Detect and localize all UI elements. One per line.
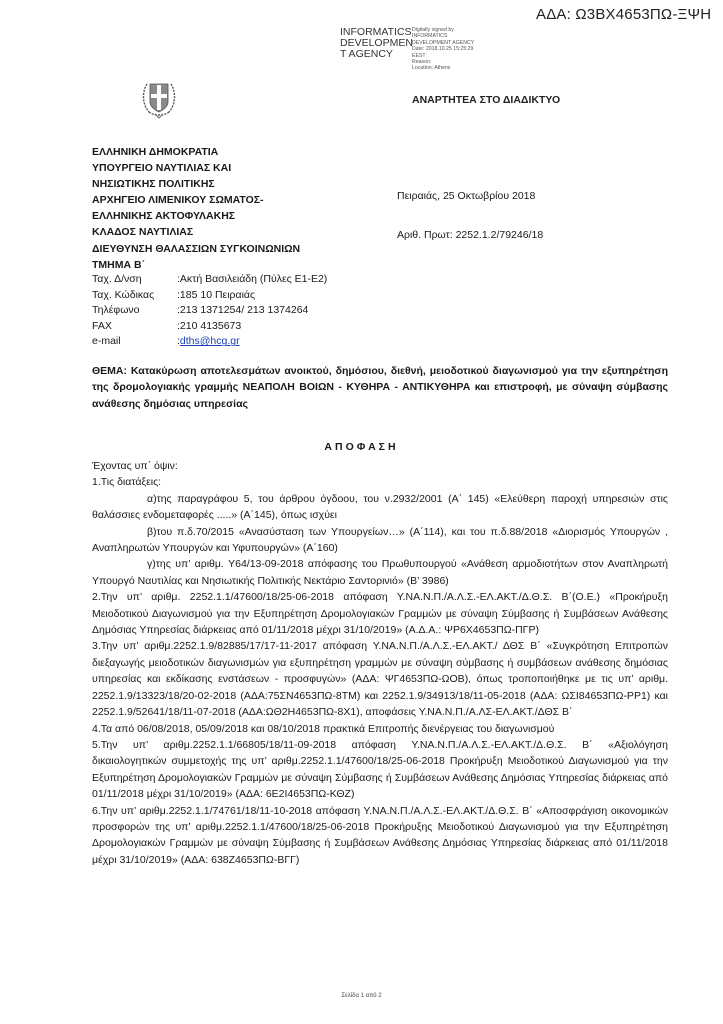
contact-value: :Ακτή Βασιλειάδη (Πύλες Ε1-Ε2)	[177, 272, 327, 288]
org-line: ΔΙΕΥΘΥΝΣΗ ΘΑΛΑΣΣΙΩΝ ΣΥΓΚΟΙΝΩΝΙΩΝ	[92, 241, 300, 257]
contact-row-postcode: Ταχ. Κώδικας :185 10 Πειραιάς	[92, 288, 327, 304]
org-line: ΕΛΛΗΝΙΚΗΣ ΑΚΤΟΦΥΛΑΚΗΣ	[92, 208, 300, 224]
signer-name-line: T AGENCY	[340, 49, 412, 60]
contact-details: Ταχ. Δ/νση :Ακτή Βασιλειάδη (Πύλες Ε1-Ε2…	[92, 272, 327, 350]
protocol-number: Αριθ. Πρωτ: 2252.1.2/79246/18	[397, 229, 543, 241]
paragraph: γ)της υπ’ αριθμ. Υ64/13-09-2018 απόφασης…	[92, 556, 668, 589]
contact-row-email: e-mail :dths@hcg.gr	[92, 334, 327, 350]
contact-row-phone: Τηλέφωνο :213 1371254/ 213 1374264	[92, 303, 327, 319]
org-line: ΚΛΑΔΟΣ ΝΑΥΤΙΛΙΑΣ	[92, 224, 300, 240]
org-line: ΑΡΧΗΓΕΙΟ ΛΙΜΕΝΙΚΟΥ ΣΩΜΑΤΟΣ-	[92, 192, 300, 208]
org-line: ΥΠΟΥΡΓΕΙΟ ΝΑΥΤΙΛΙΑΣ ΚΑΙ	[92, 160, 300, 176]
post-online-note: ΑΝΑΡΤΗΤΕΑ ΣΤΟ ΔΙΑΔΙΚΤΥΟ	[412, 94, 560, 106]
contact-label: e-mail	[92, 334, 177, 350]
paragraph: 5.Την υπ’ αριθμ.2252.1.1/66805/18/11-09-…	[92, 737, 668, 803]
signature-details[interactable]: Digitally signed by INFORMATICS DEVELOPM…	[412, 27, 492, 72]
decision-body: Έχοντας υπ΄ όψιν: 1.Τις διατάξεις: α)της…	[92, 458, 668, 868]
contact-label: Ταχ. Δ/νση	[92, 272, 177, 288]
contact-value: :213 1371254/ 213 1374264	[177, 303, 308, 319]
contact-row-address: Ταχ. Δ/νση :Ακτή Βασιλειάδη (Πύλες Ε1-Ε2…	[92, 272, 327, 288]
ada-code: ΑΔΑ: Ω3ΒΧ4653ΠΩ-ΞΨΗ	[536, 6, 711, 23]
paragraph: 3.Την υπ’ αριθμ.2252.1.9/82885/17/17-11-…	[92, 638, 668, 720]
contact-value: :185 10 Πειραιάς	[177, 288, 255, 304]
org-line: ΝΗΣΙΩΤΙΚΗΣ ΠΟΛΙΤΙΚΗΣ	[92, 176, 300, 192]
paragraph: Έχοντας υπ΄ όψιν:	[92, 458, 668, 474]
subject: ΘΕΜΑ: Κατακύρωση αποτελεσμάτων ανοικτού,…	[92, 363, 668, 412]
email-link[interactable]: dths@hcg.gr	[180, 334, 240, 350]
contact-label: Ταχ. Κώδικας	[92, 288, 177, 304]
organization-header: ΕΛΛΗΝΙΚΗ ΔΗΜΟΚΡΑΤΙΑ ΥΠΟΥΡΓΕΙΟ ΝΑΥΤΙΛΙΑΣ …	[92, 144, 300, 273]
contact-label: Τηλέφωνο	[92, 303, 177, 319]
decision-title: ΑΠΟΦΑΣΗ	[0, 441, 723, 453]
contact-value: :210 4135673	[177, 319, 241, 335]
signature-detail-line: Location: Athens	[412, 65, 492, 71]
paragraph: 4.Τα από 06/08/2018, 05/09/2018 και 08/1…	[92, 721, 668, 737]
contact-row-fax: FAX :210 4135673	[92, 319, 327, 335]
paragraph: 1.Τις διατάξεις:	[92, 474, 668, 490]
org-line: ΕΛΛΗΝΙΚΗ ΔΗΜΟΚΡΑΤΙΑ	[92, 144, 300, 160]
coat-of-arms-icon	[141, 74, 177, 120]
paragraph: α)της παραγράφου 5, του άρθρου όγδοου, τ…	[92, 491, 668, 524]
org-line: ΤΜΗΜΑ Β΄	[92, 257, 300, 273]
paragraph: 2.Την υπ’ αριθμ. 2252.1.1/47600/18/25-06…	[92, 589, 668, 638]
page-number: Σελίδα 1 από 2	[0, 993, 723, 999]
signature-signer-name[interactable]: INFORMATICS DEVELOPMEN T AGENCY	[340, 27, 412, 60]
paragraph: β)του π.δ.70/2015 «Ανασύσταση των Υπουργ…	[92, 524, 668, 557]
contact-label: FAX	[92, 319, 177, 335]
paragraph: 6.Την υπ’ αριθμ.2252.1.1/74761/18/11-10-…	[92, 803, 668, 869]
document-date: Πειραιάς, 25 Οκτωβρίου 2018	[397, 190, 535, 202]
